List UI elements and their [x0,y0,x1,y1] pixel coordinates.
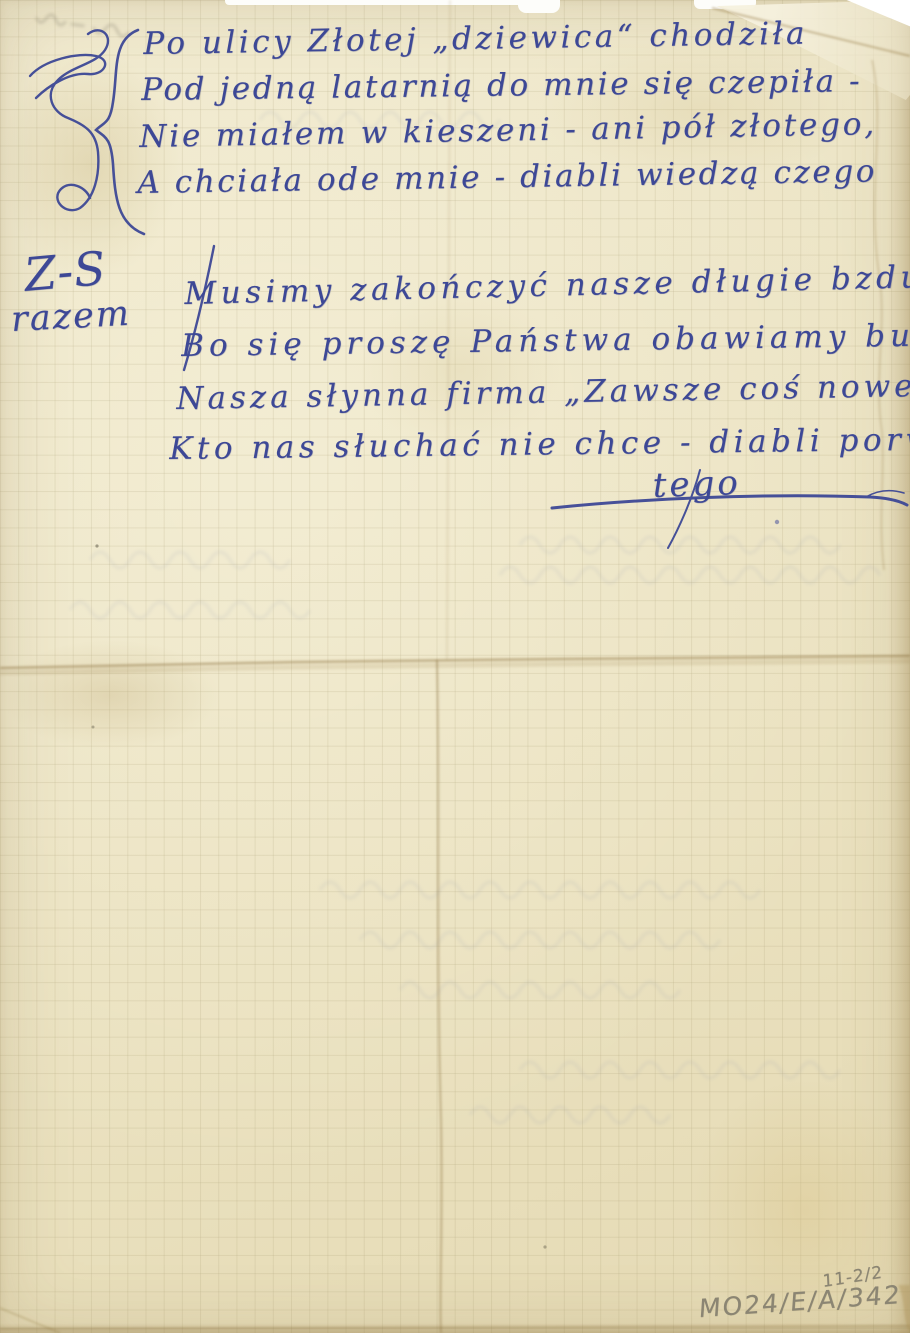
margin-label-razem: razem [10,294,132,340]
paper-bottom-edge-shading [0,1323,910,1333]
grid-overlay [0,0,910,1333]
page-scan: Po ulicy Złotej „dziewica“ chodziła Pod … [0,0,910,1333]
paper-right-edge-shading [888,0,910,1333]
scanner-background-sliver [225,0,545,5]
margin-label-zs: Z-S [22,241,108,302]
handwritten-word-tego: tego [652,463,741,506]
scanner-background-notch [518,0,560,13]
